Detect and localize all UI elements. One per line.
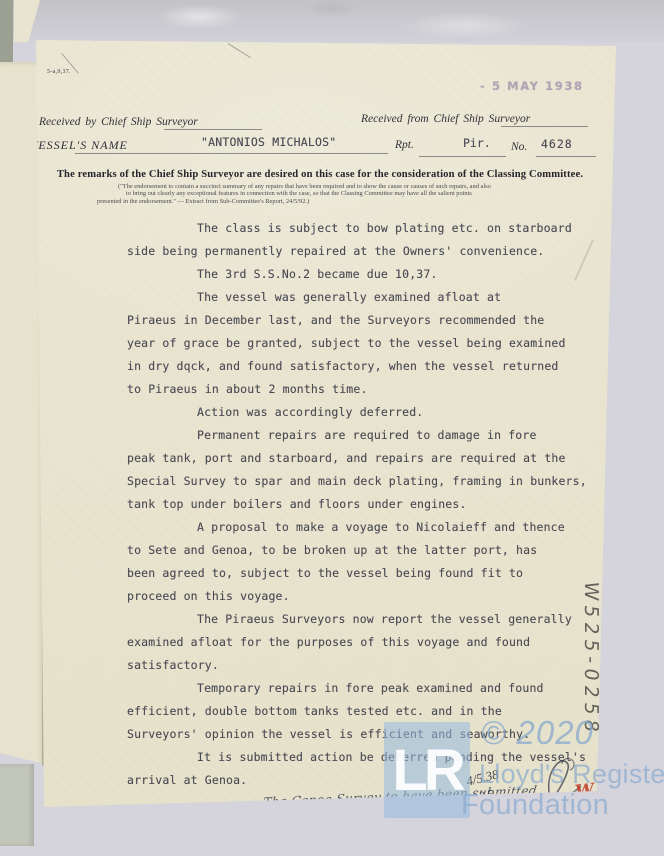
body-line: year of grace be granted, subject to the…	[127, 336, 577, 359]
body-line: tank top under boilers and floors under …	[127, 497, 577, 520]
archive-reference-number: W525-0258	[580, 580, 602, 815]
body-line: examined afloat for the purposes of this…	[127, 635, 577, 658]
body-line: Temporary repairs in fore peak examined …	[127, 681, 577, 704]
body-line: A proposal to make a voyage to Nicolaief…	[127, 520, 577, 543]
body-line: The Piraeus Surveyors now report the ves…	[127, 612, 577, 635]
vessel-name-value: "ANTONIOS MICHALOS"	[201, 135, 336, 149]
report-port-value: Pir.	[463, 136, 491, 150]
body-line: side being permanently repaired at the O…	[127, 244, 577, 267]
report-number-value: 4628	[541, 137, 573, 151]
body-line: Surveyors' opinion the vessel is efficie…	[127, 727, 577, 750]
vessel-name-label: VESSEL'S NAME	[30, 138, 128, 153]
footnote-line: presented in the endorsement." — Extract…	[95, 198, 560, 205]
body-line: satisfactory.	[127, 658, 577, 681]
paper-wrinkle	[574, 240, 593, 281]
body-line: peak tank, port and starboard, and repai…	[127, 451, 577, 474]
received-from-label: Received from Chief Ship Surveyor	[361, 113, 530, 125]
report-rule	[419, 156, 506, 157]
body-line: Action was accordingly deferred.	[127, 405, 577, 428]
body-line: in dry dqck, and found satisfactory, whe…	[127, 359, 577, 382]
typewritten-body: The class is subject to bow plating etc.…	[127, 221, 577, 796]
vessel-name-rule	[75, 153, 388, 154]
scan-backing-top	[0, 0, 664, 42]
body-line: to Sete and Genoa, to be broken up at th…	[127, 543, 577, 566]
body-line: proceed on this voyage.	[127, 589, 577, 612]
body-line: The 3rd S.S.No.2 became due 10,37.	[127, 267, 577, 290]
number-rule	[536, 156, 596, 157]
underlying-sheet-edge-top	[0, 0, 13, 62]
date-received-stamp: - 5 MAY 1938	[480, 79, 584, 93]
body-line: Permanent repairs are required to damage…	[127, 428, 577, 451]
body-line: to Piraeus in about 2 months time.	[127, 382, 577, 405]
document-paper: 5-a,9,37. - 5 MAY 1938 Received by Chief…	[0, 0, 664, 856]
received-by-label: Received by Chief Ship Surveyor	[39, 116, 198, 128]
body-line: The vessel was generally examined afloat…	[127, 290, 577, 313]
handwritten-date: 2.5.	[478, 788, 496, 803]
received-from-rule	[501, 126, 588, 127]
remarks-heading: The remarks of the Chief Ship Surveyor a…	[40, 169, 600, 180]
received-by-rule	[164, 129, 262, 130]
form-number: 5-a,9,37.	[47, 69, 71, 75]
body-line: Piraeus in December last, and the Survey…	[127, 313, 577, 336]
footnote-line: ("The endorsement to contain a succinct …	[95, 183, 560, 190]
number-label: No.	[511, 141, 527, 153]
footnote-line: to bring out clearly any exceptional fea…	[95, 190, 560, 197]
body-line: Special Survey to spar and main deck pla…	[127, 474, 577, 497]
body-line: efficient, double bottom tanks tested et…	[127, 704, 577, 727]
report-label: Rpt.	[395, 139, 414, 151]
endorsement-footnote: ("The endorsement to contain a succinct …	[95, 183, 560, 205]
body-line: been agreed to, subject to the vessel be…	[127, 566, 577, 589]
body-line: It is submitted action be deferred pendi…	[127, 750, 577, 773]
underlying-sheet-bottom-left	[0, 764, 34, 846]
body-line: The class is subject to bow plating etc.…	[127, 221, 577, 244]
pencil-tick-mark	[227, 43, 251, 58]
scanned-document-page: 5-a,9,37. - 5 MAY 1938 Received by Chief…	[0, 0, 664, 856]
